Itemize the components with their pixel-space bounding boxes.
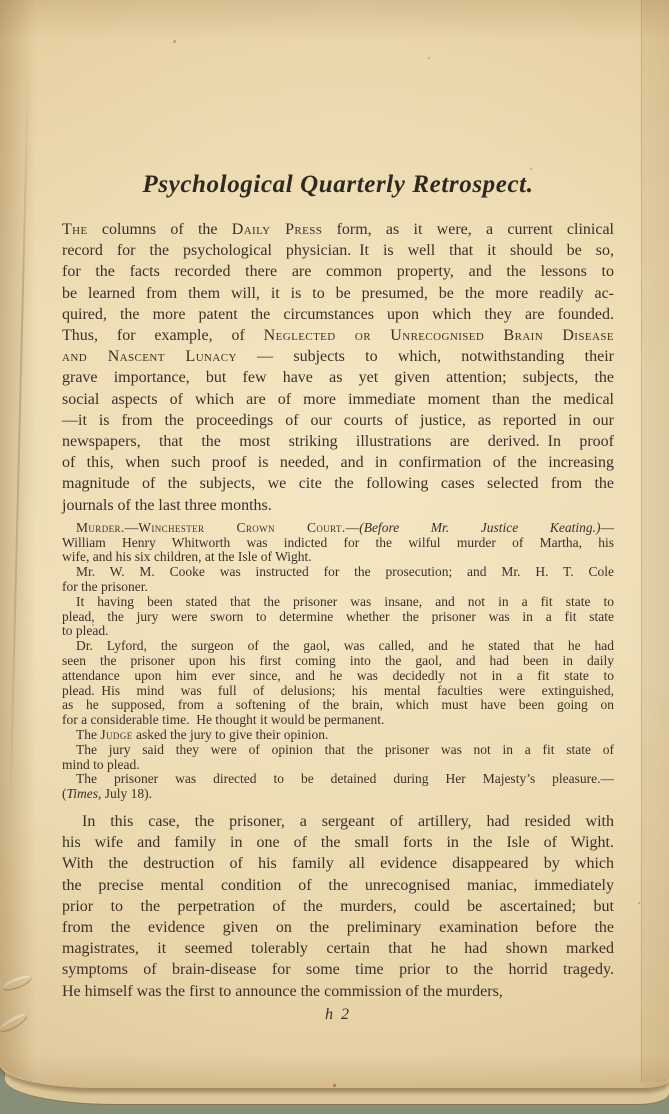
body-text: The <box>76 727 100 742</box>
body-text: grave importance, but few have as yet gi… <box>62 369 614 386</box>
body-text: The jury said they were of opinion that … <box>76 742 614 757</box>
text-line: seen the prisoner upon his first coming … <box>62 654 614 669</box>
text-line: He himself was the first to announce the… <box>62 981 614 1002</box>
text-line: mind to plead. <box>62 758 614 773</box>
body-text: , July 18). <box>98 786 152 801</box>
body-text: for the facts recorded there are common … <box>62 263 614 280</box>
text-line: In this case, the prisoner, a sergeant o… <box>62 811 614 832</box>
book-page: Psychological Quarterly Retrospect. The … <box>0 0 669 1090</box>
small-caps-text: Winchester Crown Court. <box>138 520 346 535</box>
text-line: social aspects of which are of more imme… <box>62 389 614 410</box>
paper-speck <box>428 57 430 59</box>
binding-thread <box>0 1011 28 1034</box>
body-text: newspapers, that the most striking illus… <box>62 433 614 450</box>
body-text: The prisoner was directed to be detained… <box>76 771 614 786</box>
paragraph: The columns of the Daily Press form, as … <box>62 219 614 516</box>
small-caps-text: Murder. <box>76 520 125 535</box>
body-text: journals of the last three months. <box>62 497 272 514</box>
body-text: — subjects to which, notwithstanding the… <box>237 348 614 365</box>
body-text: magistrates, it seemed tolerably certain… <box>62 940 614 957</box>
text-line: The jury said they were of opinion that … <box>62 743 614 758</box>
text-line: Mr. W. M. Cooke was instructed for the p… <box>62 565 614 580</box>
text-line: symptoms of brain-disease for some time … <box>62 959 614 980</box>
body-text: William Henry Whitworth was indicted for… <box>62 535 614 550</box>
page-right-edge <box>641 0 669 1082</box>
body-text: mind to plead. <box>62 757 140 772</box>
text-line: (Times, July 18). <box>62 787 614 802</box>
paragraph: In this case, the prisoner, a sergeant o… <box>62 811 614 1002</box>
gutter-crease <box>9 70 30 830</box>
text-line: to plead. <box>62 624 614 639</box>
body-text: the precise mental condition of the unre… <box>62 877 614 894</box>
body-text: prior to the perpetration of the murders… <box>62 898 614 915</box>
body-text: of this, when such proof is needed, and … <box>62 454 614 471</box>
body-text: Dr. Lyford, the surgeon of the gaol, was… <box>76 638 614 653</box>
body-text: be learned from them will, it is to be p… <box>62 285 614 302</box>
text-line: William Henry Whitworth was indicted for… <box>62 536 614 551</box>
text-line: The prisoner was directed to be detained… <box>62 772 614 787</box>
text-line: and Nascent Lunacy — subjects to which, … <box>62 346 614 367</box>
body-text: He himself was the first to announce the… <box>62 983 503 1000</box>
text-line: —it is from the proceedings of our court… <box>62 410 614 431</box>
small-caps-text: and Nascent Lunacy <box>62 348 237 365</box>
text-line: for the facts recorded there are common … <box>62 261 614 282</box>
body-text: for the prisoner. <box>62 579 148 594</box>
text-line: plead, the jury were sworn to determine … <box>62 610 614 625</box>
text-line: magnitude of the subjects, we cite the f… <box>62 473 614 494</box>
body-text: record for the psychological physician. … <box>62 242 614 259</box>
signature-mark: h 2 <box>62 1006 614 1024</box>
body-text: to plead. <box>62 623 109 638</box>
text-line: attendance upon him ever since, and he w… <box>62 669 614 684</box>
body-text: columns of the <box>88 221 232 238</box>
body-text: for a considerable time. He thought it w… <box>62 712 384 727</box>
text-line: grave importance, but few have as yet gi… <box>62 367 614 388</box>
body-text: Mr. W. M. Cooke was instructed for the p… <box>76 564 614 579</box>
text-line: Dr. Lyford, the surgeon of the gaol, was… <box>62 639 614 654</box>
text-line: prior to the perpetration of the murders… <box>62 896 614 917</box>
text-line: as he supposed, from a softening of the … <box>62 698 614 713</box>
body-text: plead, the jury were sworn to determine … <box>62 609 614 624</box>
small-caps-text: Judge <box>100 727 132 742</box>
body-text: as he supposed, from a softening of the … <box>62 697 614 712</box>
paragraph: Mr. W. M. Cooke was instructed for the p… <box>62 565 614 595</box>
body-text: form, as it were, a current clinical <box>322 221 614 238</box>
body-text: social aspects of which are of more imme… <box>62 391 614 408</box>
text-line: The columns of the Daily Press form, as … <box>62 219 614 240</box>
text-block: Psychological Quarterly Retrospect. The … <box>62 168 614 1024</box>
binding-thread <box>1 973 32 993</box>
paper-speck <box>173 40 176 43</box>
body-text: from the evidence given on the prelimina… <box>62 919 614 936</box>
text-line: magistrates, it seemed tolerably certain… <box>62 938 614 959</box>
paragraph: Dr. Lyford, the surgeon of the gaol, was… <box>62 639 614 728</box>
small-caps-text: Daily Press <box>232 221 323 238</box>
text-line: It having been stated that the prisoner … <box>62 595 614 610</box>
body-text: — <box>125 520 139 535</box>
text-line: Thus, for example, of Neglected or Unrec… <box>62 325 614 346</box>
text-line: wife, and his six children, at the Isle … <box>62 550 614 565</box>
text-line: plead. His mind was full of delusions; h… <box>62 684 614 699</box>
body-text: magnitude of the subjects, we cite the f… <box>62 475 614 492</box>
body-text: — <box>601 520 615 535</box>
body-text: plead. His mind was full of delusions; h… <box>62 683 614 698</box>
body-text: his wife and family in one of the small … <box>62 834 614 851</box>
text-line: for a considerable time. He thought it w… <box>62 713 614 728</box>
text-line: be learned from them will, it is to be p… <box>62 283 614 304</box>
text-line: With the destruction of his family all e… <box>62 853 614 874</box>
text-line: Murder.—Winchester Crown Court.—(Before … <box>62 521 614 536</box>
paper-speck <box>333 1084 336 1087</box>
body-text: asked the jury to give their opinion. <box>133 727 329 742</box>
paper-speck <box>638 902 640 904</box>
italic-text: (Before Mr. Justice Keating.) <box>359 520 600 535</box>
text-line: journals of the last three months. <box>62 495 614 516</box>
text-line: The Judge asked the jury to give their o… <box>62 728 614 743</box>
body-text: symptoms of brain-disease for some time … <box>62 961 614 978</box>
body-text: With the destruction of his family all e… <box>62 855 614 872</box>
body-text: Thus, for example, of <box>62 327 264 344</box>
page-body: The columns of the Daily Press form, as … <box>62 219 614 1002</box>
small-caps-text: The <box>62 221 88 238</box>
paragraph: It having been stated that the prisoner … <box>62 595 614 639</box>
paragraph: The jury said they were of opinion that … <box>62 743 614 773</box>
paragraph: Murder.—Winchester Crown Court.—(Before … <box>62 521 614 565</box>
text-line: from the evidence given on the prelimina… <box>62 917 614 938</box>
text-line: quired, the more patent the circumstance… <box>62 304 614 325</box>
body-text: seen the prisoner upon his first coming … <box>62 653 614 668</box>
text-line: of this, when such proof is needed, and … <box>62 452 614 473</box>
photo-background: Psychological Quarterly Retrospect. The … <box>0 0 669 1114</box>
body-text: attendance upon him ever since, and he w… <box>62 668 614 683</box>
text-line: record for the psychological physician. … <box>62 240 614 261</box>
paragraph: The prisoner was directed to be detained… <box>62 772 614 802</box>
body-text: — <box>346 520 360 535</box>
text-line: newspapers, that the most striking illus… <box>62 431 614 452</box>
body-text: wife, and his six children, at the Isle … <box>62 549 312 564</box>
text-line: for the prisoner. <box>62 580 614 595</box>
small-caps-text: Neglected or Unrecognised Brain Disease <box>264 327 614 344</box>
paragraph: The Judge asked the jury to give their o… <box>62 728 614 743</box>
body-text: In this case, the prisoner, a sergeant o… <box>82 813 614 830</box>
text-line: his wife and family in one of the small … <box>62 832 614 853</box>
body-text: quired, the more patent the circumstance… <box>62 306 614 323</box>
body-text: It having been stated that the prisoner … <box>76 594 614 609</box>
italic-text: Times <box>67 786 99 801</box>
text-line: the precise mental condition of the unre… <box>62 875 614 896</box>
page-title: Psychological Quarterly Retrospect. <box>62 168 614 202</box>
body-text: —it is from the proceedings of our court… <box>62 412 614 429</box>
